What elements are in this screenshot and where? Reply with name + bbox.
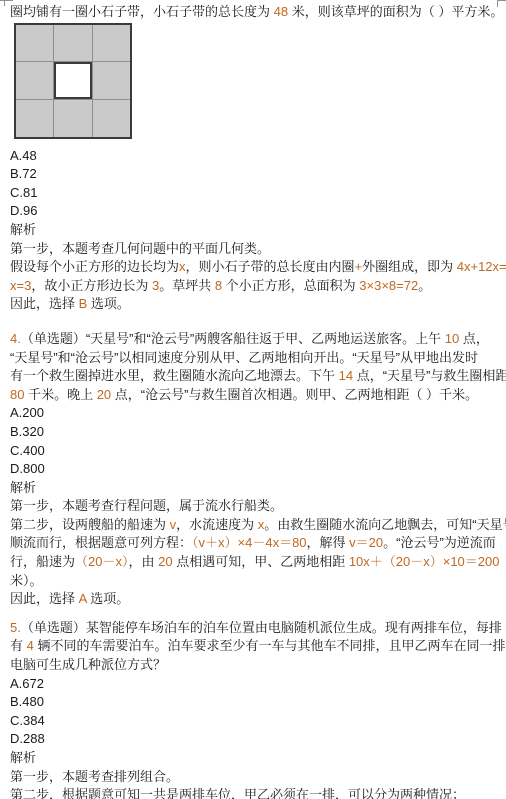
text-run: 顺流而行，根据题意可列方程： xyxy=(10,535,192,550)
text-run: 行，船速为 xyxy=(10,554,75,569)
question-block-4: 4.（单选题）“天星号”和“沧云号”两艘客船往返于甲、乙两地运送旅客。上午 10… xyxy=(10,330,498,609)
analysis-line: 第一步，本题考查几何问题中的平面几何类。 xyxy=(10,240,498,259)
grid-cell xyxy=(16,25,53,62)
text-run: 千米。晚上 xyxy=(24,387,96,402)
stem-line: 有一个救生圈掉进水里，救生圈随水流向乙地漂去。下午 14 点，“天星号”与救生圈… xyxy=(10,367,498,386)
question-stem: 4.（单选题）“天星号”和“沧云号”两艘客船往返于甲、乙两地运送旅客。上午 10… xyxy=(10,330,498,404)
text-run: 解析 xyxy=(10,750,36,765)
question-block-geometry: 圈均铺有一圈小石子带，小石子带的总长度为 48 米，则该草坪的面积为（ ）平方米… xyxy=(10,3,498,314)
analysis-label: 解析 xyxy=(10,221,498,240)
analysis-line: 第二步，设两艘船的船速为 v，水流速度为 x。由救生圈随水流向乙地飘去，可知“天… xyxy=(10,516,498,535)
text-boundary-mark-top-left-v xyxy=(4,0,5,6)
stem-line: 圈均铺有一圈小石子带，小石子带的总长度为 48 米，则该草坪的面积为（ ）平方米… xyxy=(10,3,498,22)
grid-hole-cell xyxy=(54,62,91,99)
accent-number: 20 xyxy=(97,387,111,402)
text-run: ，解得 xyxy=(307,535,350,550)
grid-cell xyxy=(16,100,53,137)
analysis-label-line: 解析 xyxy=(10,749,498,768)
text-run: A.200 xyxy=(10,405,44,420)
accent-number: （20－x） xyxy=(75,554,128,569)
stem-line: 有 4 辆不同的车需要泊车。泊车要求至少有一车与其他车不同排，且甲乙两车在同一排… xyxy=(10,637,498,656)
analysis-line: 第一步，本题考查行程问题，属于流水行船类。 xyxy=(10,497,498,516)
analysis-line: 顺流而行，根据题意可列方程：（v＋x）×4－4x＝80，解得 v＝20。“沧云号… xyxy=(10,534,498,553)
text-run: （千 xyxy=(499,554,506,569)
analysis-label-line: 解析 xyxy=(10,479,498,498)
analysis-label-line: 解析 xyxy=(10,221,498,240)
text-run: 第一步，本题考查排列组合。 xyxy=(10,769,179,784)
accent-number: 20 xyxy=(158,554,172,569)
option-line: D.96 xyxy=(10,202,498,221)
text-run: B.320 xyxy=(10,424,44,439)
analysis-label: 解析 xyxy=(10,479,498,498)
text-run: 。“沧云号”为逆流而 xyxy=(383,535,496,550)
question-block-5: 5.（单选题）某智能停车场泊车的泊车位置由电脑随机派位生成。现有两排车位，每排 … xyxy=(10,619,498,799)
accent-number: 10 xyxy=(445,331,459,346)
text-boundary-mark-top-right xyxy=(497,0,506,1)
stem-line: 80 千米。晚上 20 点，“沧云号”与救生圈首次相遇。则甲、乙两地相距（ ）千… xyxy=(10,386,498,405)
text-run: 有 xyxy=(10,638,27,653)
grid-cell xyxy=(16,62,53,99)
options-list: A.48B.72C.81D.96 xyxy=(10,147,498,221)
question-stem: 圈均铺有一圈小石子带，小石子带的总长度为 48 米，则该草坪的面积为（ ）平方米… xyxy=(10,3,498,22)
text-run: ，由 xyxy=(128,554,158,569)
options-list: A.672B.480C.384D.288 xyxy=(10,675,498,749)
accent-number: 3×3×8=72 xyxy=(359,278,418,293)
text-boundary-mark-top-left xyxy=(0,0,13,1)
text-run: 点，“沧云号”与救生圈首次相遇。则甲、乙两地相距（ ）千米。 xyxy=(111,387,478,402)
analysis-line: 第一步，本题考查排列组合。 xyxy=(10,768,498,787)
text-run: 点，“天星号”与救生圈相距 xyxy=(353,368,506,383)
option-line: D.800 xyxy=(10,460,498,479)
text-run: 因此，选择 xyxy=(10,296,79,311)
option-line: A.48 xyxy=(10,147,498,166)
text-run: ，则小石子带的总长度由内圈 xyxy=(186,259,355,274)
option-line: A.200 xyxy=(10,404,498,423)
stem-line: 5.（单选题）某智能停车场泊车的泊车位置由电脑随机派位生成。现有两排车位，每排 … xyxy=(10,619,498,638)
text-run: 选项。 xyxy=(87,296,130,311)
text-run: C.384 xyxy=(10,713,45,728)
accent-number: x=3 xyxy=(10,278,31,293)
text-run: A.672 xyxy=(10,676,44,691)
text-run: （单选题）“天星号”和“沧云号”两艘客船往返于甲、乙两地运送旅客。上午 xyxy=(21,331,445,346)
text-run: 圈均铺有一圈小石子带，小石子带的总长度为 xyxy=(10,4,274,19)
accent-number: B xyxy=(79,296,88,311)
accent-number: 48 xyxy=(274,4,288,19)
analysis-line: 因此，选择 B 选项。 xyxy=(10,295,498,314)
stem-line: “天星号”和“沧云号”以相同速度分别从甲、乙两地相向开出。“天星号”从甲地出发时 xyxy=(10,349,498,368)
options-list: A.200B.320C.400D.800 xyxy=(10,404,498,478)
option-line: C.384 xyxy=(10,712,498,731)
option-line: A.672 xyxy=(10,675,498,694)
grid-cell xyxy=(93,25,130,62)
analysis-line: 行，船速为（20－x），由 20 点相遇可知，甲、乙两地相距 10x＋（20－x… xyxy=(10,553,498,572)
nine-square-grid xyxy=(14,23,132,139)
text-run: 第一步，本题考查几何问题中的平面几何类。 xyxy=(10,241,270,256)
accent-number: 4. xyxy=(10,331,21,346)
text-run: 假设每个小正方形的边长均为 xyxy=(10,259,179,274)
analysis-body: 第一步，本题考查行程问题，属于流水行船类。第二步，设两艘船的船速为 v，水流速度… xyxy=(10,497,498,609)
text-run: 有一个救生圈掉进水里，救生圈随水流向乙地漂去。下午 xyxy=(10,368,339,383)
text-run: 辆不同的车需要泊车。泊车要求至少有一车与其他车不同排，且甲乙两车在同一排。则 xyxy=(34,638,506,653)
text-run: C.81 xyxy=(10,185,37,200)
text-run: 解析 xyxy=(10,480,36,495)
text-boundary-mark-top-right-v xyxy=(497,0,498,7)
stem-line: 4.（单选题）“天星号”和“沧云号”两艘客船往返于甲、乙两地运送旅客。上午 10… xyxy=(10,330,498,349)
analysis-body: 第一步，本题考查排列组合。第二步，根据题意可知一共是两排车位，甲乙必须在一排，可… xyxy=(10,768,498,799)
text-run: B.72 xyxy=(10,166,37,181)
text-run: 。 xyxy=(418,278,431,293)
grid-cell xyxy=(93,100,130,137)
text-run: 米）。 xyxy=(10,573,43,588)
accent-number: 10x＋（20－x）×10＝200 xyxy=(349,554,500,569)
analysis-line: 假设每个小正方形的边长均为x，则小石子带的总长度由内圈+外圈组成，即为 4x+1… xyxy=(10,258,498,277)
accent-number: + xyxy=(355,259,363,274)
accent-number: 80 xyxy=(10,387,24,402)
text-run: 点相遇可知，甲、乙两地相距 xyxy=(173,554,349,569)
analysis-line: 第二步，根据题意可知一共是两排车位，甲乙必须在一排，可以分为两种情况； xyxy=(10,786,498,799)
text-run: A.48 xyxy=(10,148,37,163)
option-line: B.72 xyxy=(10,165,498,184)
text-run: C.400 xyxy=(10,443,45,458)
text-run: D.96 xyxy=(10,203,37,218)
accent-number: 5. xyxy=(10,620,21,635)
text-run: 因此，选择 xyxy=(10,591,79,606)
accent-number: A xyxy=(79,591,87,606)
accent-number: 14 xyxy=(339,368,353,383)
stone-path-grid-figure xyxy=(14,23,498,139)
stem-line: 电脑可生成几种派位方式？ xyxy=(10,656,498,675)
text-run: 电脑可生成几种派位方式？ xyxy=(10,657,166,672)
text-run: 解析 xyxy=(10,222,36,237)
text-run: 个小正方形，总面积为 xyxy=(222,278,359,293)
analysis-body: 第一步，本题考查几何问题中的平面几何类。假设每个小正方形的边长均为x，则小石子带… xyxy=(10,240,498,314)
text-run: 点， xyxy=(459,331,489,346)
text-run: 第一步，本题考查行程问题，属于流水行船类。 xyxy=(10,498,283,513)
text-run: （单选题）某智能停车场泊车的泊车位置由电脑随机派位生成。现有两排车位，每排 xyxy=(21,620,506,635)
text-run: 选项。 xyxy=(87,591,130,606)
text-run: 外圈组成，即为 xyxy=(362,259,457,274)
analysis-label: 解析 xyxy=(10,749,498,768)
analysis-line: 因此，选择 A 选项。 xyxy=(10,590,498,609)
text-run: 米，则该草坪的面积为（ ）平方米。 xyxy=(288,4,503,19)
option-line: B.480 xyxy=(10,693,498,712)
document-page: 圈均铺有一圈小石子带，小石子带的总长度为 48 米，则该草坪的面积为（ ）平方米… xyxy=(0,0,506,799)
analysis-line: 米）。 xyxy=(10,572,498,591)
analysis-line: x=3，故小正方形边长为 3。草坪共 8 个小正方形，总面积为 3×3×8=72… xyxy=(10,277,498,296)
text-run: 第二步，设两艘船的船速为 xyxy=(10,517,170,532)
option-line: B.320 xyxy=(10,423,498,442)
option-line: C.81 xyxy=(10,184,498,203)
text-run: B.480 xyxy=(10,694,44,709)
text-run: 。草坪共 xyxy=(159,278,215,293)
accent-number: v＝20 xyxy=(349,535,383,550)
text-run: ，水流速度为 xyxy=(176,517,258,532)
question-stem: 5.（单选题）某智能停车场泊车的泊车位置由电脑随机派位生成。现有两排车位，每排 … xyxy=(10,619,498,675)
grid-cell xyxy=(93,62,130,99)
text-run: D.800 xyxy=(10,461,45,476)
grid-cell xyxy=(54,25,91,62)
option-line: C.400 xyxy=(10,442,498,461)
grid-cell xyxy=(54,100,91,137)
text-run: 第二步，根据题意可知一共是两排车位，甲乙必须在一排，可以分为两种情况； xyxy=(10,787,465,799)
option-line: D.288 xyxy=(10,730,498,749)
accent-number: 4 xyxy=(27,638,34,653)
text-run: D.288 xyxy=(10,731,45,746)
accent-number: 4x+12x=16x=48 xyxy=(457,259,506,274)
text-run: ，故小正方形边长为 xyxy=(31,278,152,293)
accent-number: 8 xyxy=(215,278,222,293)
accent-number: （v＋x）×4－4x＝80 xyxy=(192,535,307,550)
text-run: “天星号”和“沧云号”以相同速度分别从甲、乙两地相向开出。“天星号”从甲地出发时 xyxy=(10,350,478,365)
text-run: 。由救生圈随水流向乙地飘去，可知“天星号” xyxy=(264,517,506,532)
